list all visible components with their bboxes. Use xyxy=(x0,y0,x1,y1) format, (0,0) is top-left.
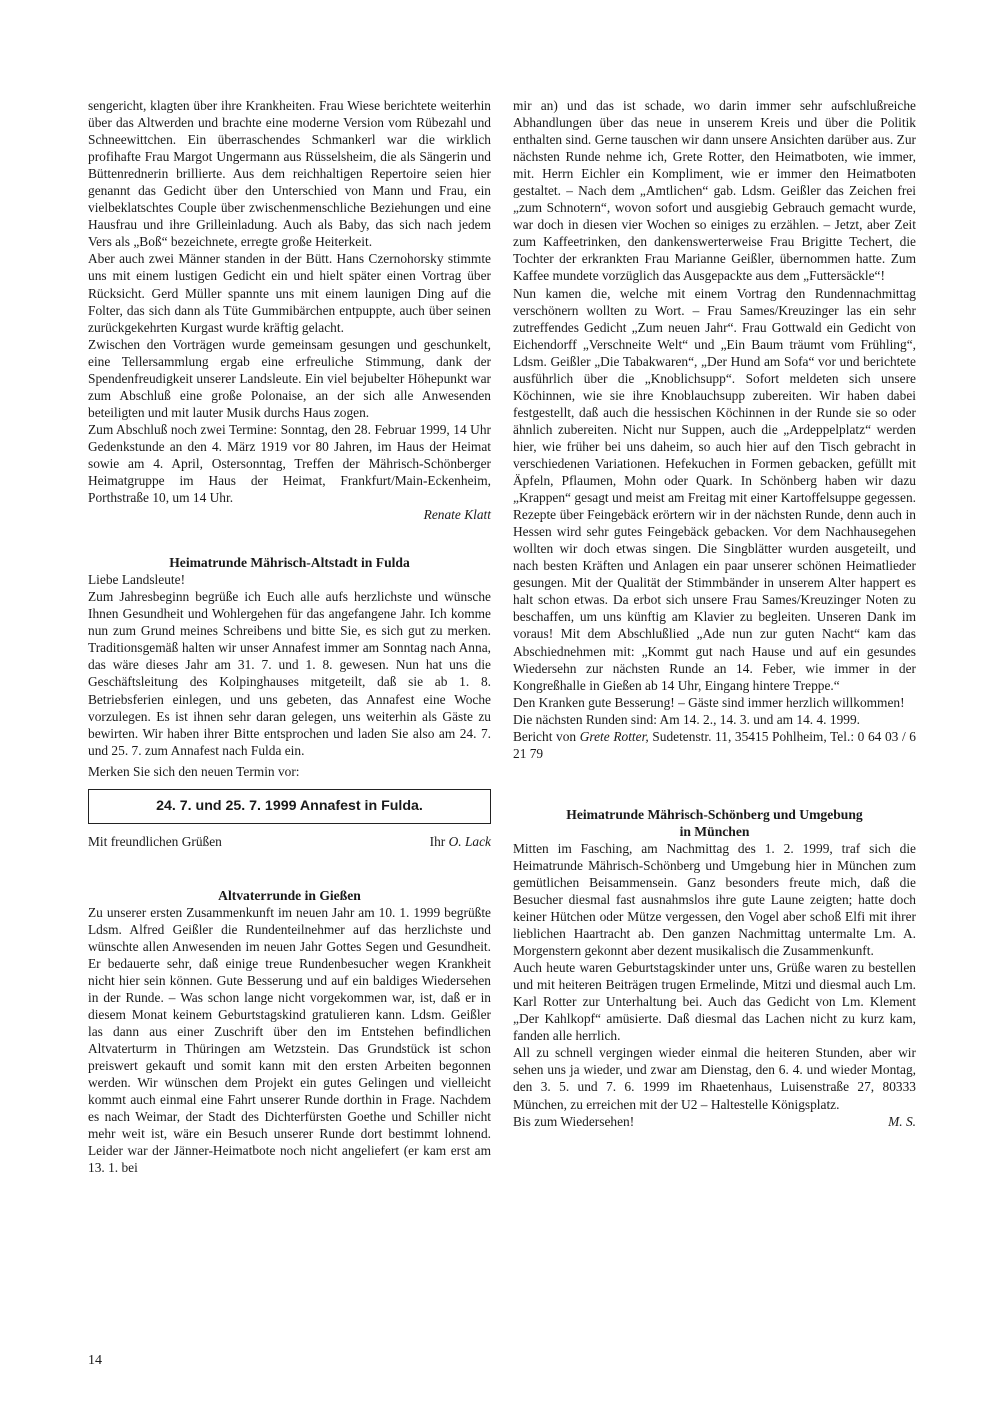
paragraph: Den Kranken gute Besserung! – Gäste sind… xyxy=(513,694,916,711)
paragraph: Zwischen den Vorträgen wurde gemeinsam g… xyxy=(88,336,491,421)
article-heading: Altvaterrunde in Gießen xyxy=(88,887,491,904)
farewell-text: Bis zum Wiedersehen! xyxy=(513,1113,634,1130)
paragraph: Nun kamen die, welche mit einem Vortrag … xyxy=(513,285,916,694)
report-credit: Bericht von Grete Rotter, Sudetenstr. 11… xyxy=(513,728,916,762)
paragraph: All zu schnell vergingen wieder einmal d… xyxy=(513,1044,916,1112)
notice-text: 24. 7. und 25. 7. 1999 Annafest in Fulda… xyxy=(156,798,423,815)
paragraph: Mitten im Fasching, am Nachmittag des 1.… xyxy=(513,840,916,959)
paragraph: Die nächsten Runden sind: Am 14. 2., 14.… xyxy=(513,711,916,728)
reminder-text: Merken Sie sich den neuen Termin vor: xyxy=(88,763,491,780)
paragraph: Zu unserer ersten Zusammenkunft im neuen… xyxy=(88,904,491,1177)
right-column: mir an) und das ist schade, wo darin imm… xyxy=(513,97,916,1130)
paragraph: Auch heute waren Geburtstagskinder unter… xyxy=(513,959,916,1044)
left-column: sengericht, klagten über ihre Krankheite… xyxy=(88,97,491,1177)
section-spacer xyxy=(88,850,491,887)
section-spacer xyxy=(513,762,916,806)
article-fulda: Heimatrunde Mährisch-Altstadt in Fulda L… xyxy=(88,554,491,850)
paragraph: Zum Jahresbeginn begrüße ich Euch alle a… xyxy=(88,588,491,758)
author-name: O. Lack xyxy=(449,834,491,849)
author-signature: Ihr O. Lack xyxy=(430,833,491,850)
article-giessen: Altvaterrunde in Gießen Zu unserer erste… xyxy=(88,887,491,1177)
closing-row: Mit freundlichen Grüßen Ihr O. Lack xyxy=(88,833,491,850)
paragraph: sengericht, klagten über ihre Krankheite… xyxy=(88,97,491,250)
author-signature: Renate Klatt xyxy=(88,506,491,523)
paragraph: Zum Abschluß noch zwei Termine: Sonntag,… xyxy=(88,421,491,506)
article-heading: Heimatrunde Mährisch-Schönberg und Umgeb… xyxy=(513,806,916,840)
closing-text: Mit freundlichen Grüßen xyxy=(88,833,222,850)
article-muenchen: Heimatrunde Mährisch-Schönberg und Umgeb… xyxy=(513,806,916,1130)
paragraph: mir an) und das ist schade, wo darin imm… xyxy=(513,97,916,285)
report-author: Grete Rotter, xyxy=(580,729,649,744)
section-spacer xyxy=(88,523,491,554)
paragraph: Aber auch zwei Männer standen in der Büt… xyxy=(88,250,491,335)
greeting: Liebe Landsleute! xyxy=(88,571,491,588)
closing-row: Bis zum Wiedersehen! M. S. xyxy=(513,1113,916,1130)
author-signature: M. S. xyxy=(888,1113,916,1130)
page-number: 14 xyxy=(88,1353,102,1369)
notice-box: 24. 7. und 25. 7. 1999 Annafest in Fulda… xyxy=(88,789,491,824)
article-heading: Heimatrunde Mährisch-Altstadt in Fulda xyxy=(88,554,491,571)
